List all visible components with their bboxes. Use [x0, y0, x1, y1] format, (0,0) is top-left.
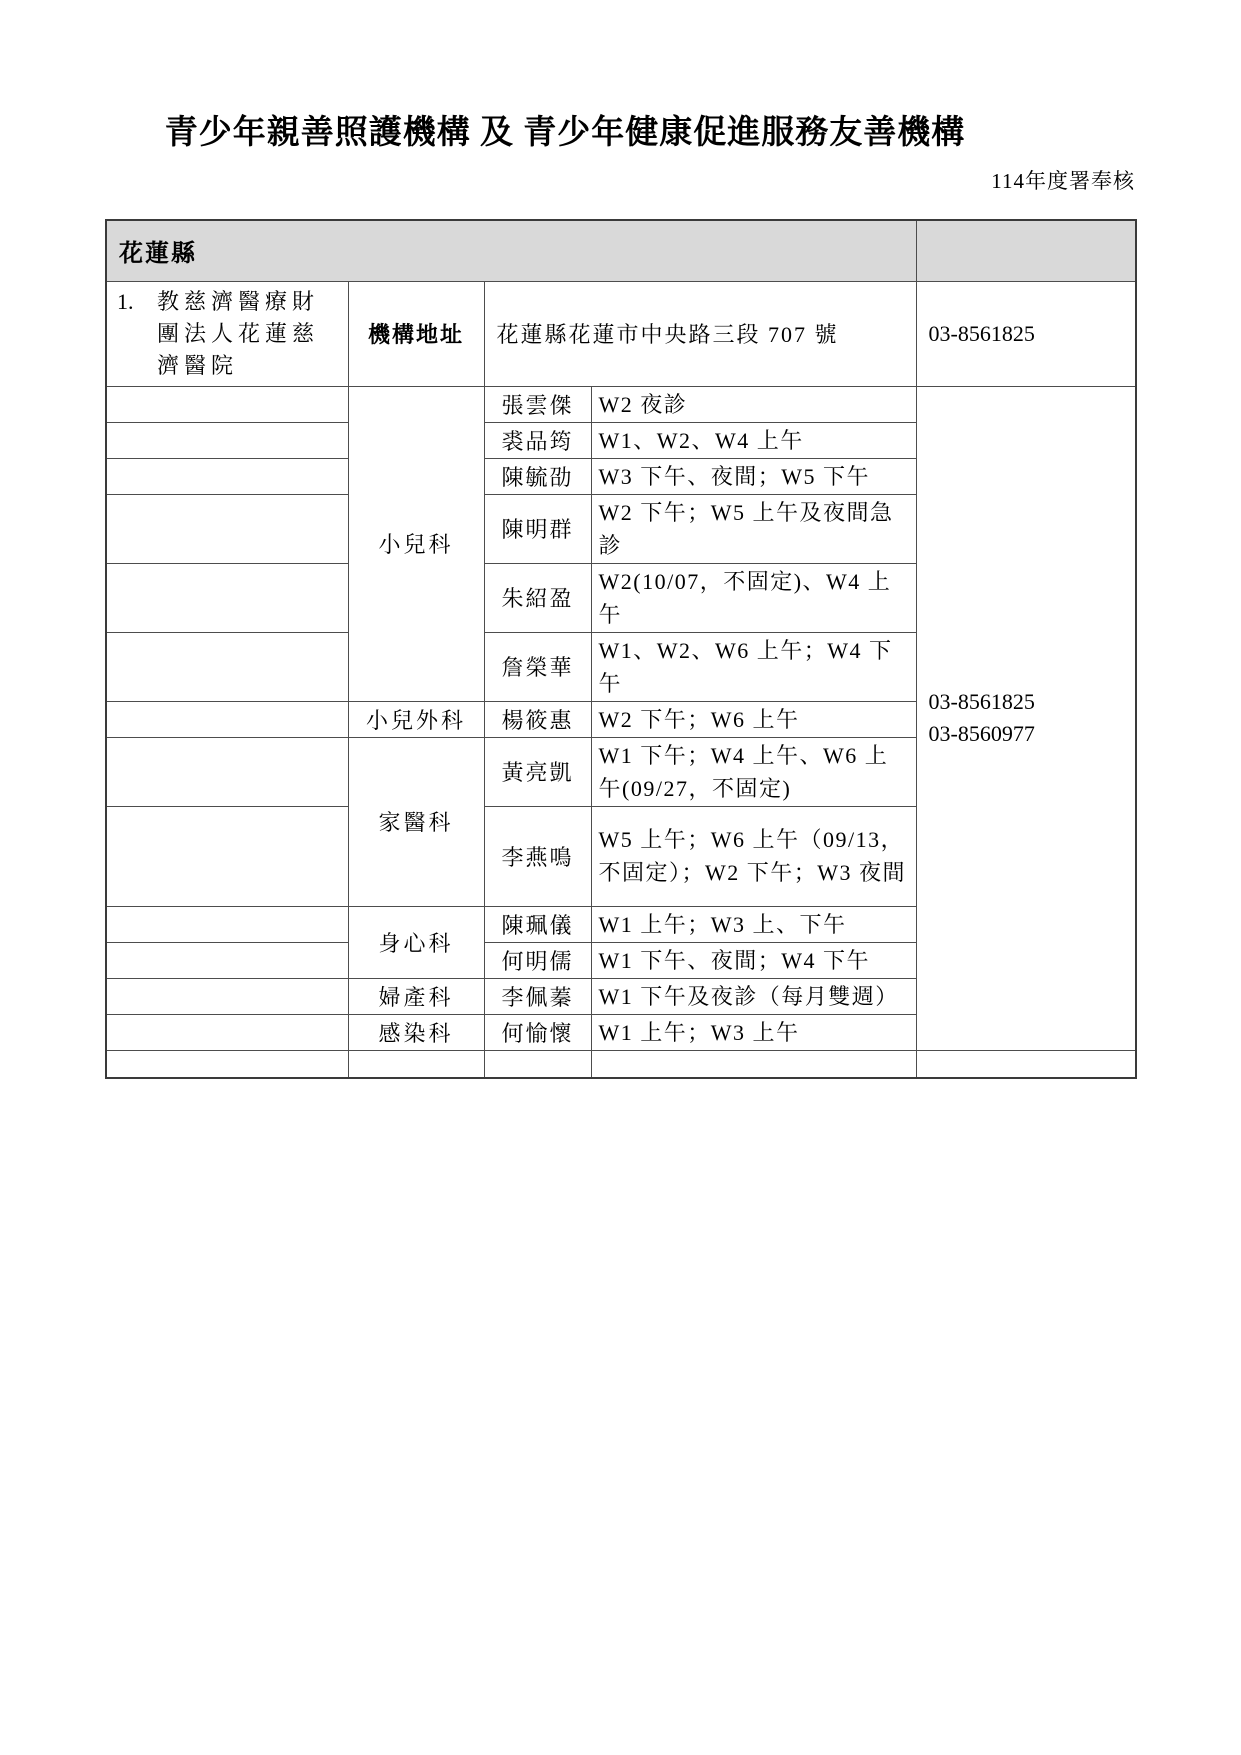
empty-cell [106, 737, 348, 806]
empty-cell [106, 494, 348, 563]
institution-index: 1. [117, 286, 157, 318]
clinic-phone-2: 03-8560977 [929, 718, 1136, 750]
address-label-cell: 機構地址 [348, 281, 484, 386]
doctor-name: 陳毓劭 [484, 458, 591, 494]
address-cell: 花蓮縣花蓮市中央路三段 707 號 [484, 281, 916, 386]
doctor-schedule: W1 上午；W3 上午 [591, 1014, 916, 1050]
doctor-schedule: W5 上午；W6 上午（09/13，不固定）；W2 下午；W3 夜間 [591, 806, 916, 906]
institution-table: 花蓮縣 1. 教慈濟醫療財團法人花蓮慈濟醫院 機構地址 花蓮縣花蓮市中央路三段 … [105, 219, 1137, 1079]
institution-name: 教慈濟醫療財團法人花蓮慈濟醫院 [157, 286, 333, 382]
table-row: 小兒科 張雲傑 W2 夜診 03-8561825 03-8560977 [106, 386, 1136, 422]
empty-cell [106, 978, 348, 1014]
county-header-cell: 花蓮縣 [106, 220, 916, 281]
empty-cell [106, 701, 348, 737]
doctor-name: 李佩蓁 [484, 978, 591, 1014]
empty-cell [106, 806, 348, 906]
empty-cell [484, 1050, 591, 1078]
doctor-schedule: W1 下午；W4 上午、W6 上午(09/27，不固定) [591, 737, 916, 806]
document-page: 青少年親善照護機構 及 青少年健康促進服務友善機構 114年度署奉核 花蓮縣 1… [105, 106, 1135, 1079]
clinic-phone-1: 03-8561825 [929, 686, 1136, 718]
institution-name-cell: 1. 教慈濟醫療財團法人花蓮慈濟醫院 [106, 281, 348, 386]
doctor-schedule: W1、W2、W6 上午；W4 下午 [591, 632, 916, 701]
empty-cell [106, 563, 348, 632]
table-row [106, 1050, 1136, 1078]
doctor-name: 詹榮華 [484, 632, 591, 701]
doctor-schedule: W1 下午及夜診（每月雙週） [591, 978, 916, 1014]
doctor-schedule: W3 下午、夜間；W5 下午 [591, 458, 916, 494]
doctor-schedule: W1 下午、夜間；W4 下午 [591, 942, 916, 978]
doctor-name: 朱紹盈 [484, 563, 591, 632]
department-pediatrics: 小兒科 [348, 386, 484, 701]
county-header-empty-cell [916, 220, 1136, 281]
department-family-medicine: 家醫科 [348, 737, 484, 906]
doctor-name: 陳明群 [484, 494, 591, 563]
doctor-schedule: W2 下午；W6 上午 [591, 701, 916, 737]
table-row: 花蓮縣 [106, 220, 1136, 281]
doctor-name: 何愉懷 [484, 1014, 591, 1050]
empty-cell [106, 1050, 348, 1078]
empty-cell [106, 422, 348, 458]
doctor-schedule: W1 上午；W3 上、下午 [591, 906, 916, 942]
department-obgyn: 婦產科 [348, 978, 484, 1014]
empty-cell [106, 942, 348, 978]
empty-cell [106, 1014, 348, 1050]
doctor-name: 陳珮儀 [484, 906, 591, 942]
doctor-name: 李燕鳴 [484, 806, 591, 906]
department-pediatric-surgery: 小兒外科 [348, 701, 484, 737]
department-psychosomatic: 身心科 [348, 906, 484, 978]
doctor-schedule: W2 夜診 [591, 386, 916, 422]
doctor-name: 黃亮凱 [484, 737, 591, 806]
doctor-name: 何明儒 [484, 942, 591, 978]
clinic-phones-cell: 03-8561825 03-8560977 [916, 386, 1136, 1050]
empty-cell [348, 1050, 484, 1078]
empty-cell [106, 632, 348, 701]
doctor-schedule: W2(10/07，不固定)、W4 上午 [591, 563, 916, 632]
empty-cell [106, 458, 348, 494]
institution-phone-cell: 03-8561825 [916, 281, 1136, 386]
doctor-schedule: W1、W2、W4 上午 [591, 422, 916, 458]
empty-cell [916, 1050, 1136, 1078]
table-row: 1. 教慈濟醫療財團法人花蓮慈濟醫院 機構地址 花蓮縣花蓮市中央路三段 707 … [106, 281, 1136, 386]
doctor-schedule: W2 下午；W5 上午及夜間急診 [591, 494, 916, 563]
doctor-name: 張雲傑 [484, 386, 591, 422]
empty-cell [106, 906, 348, 942]
page-title: 青少年親善照護機構 及 青少年健康促進服務友善機構 [50, 106, 1080, 153]
doctor-name: 裘品筠 [484, 422, 591, 458]
department-infectious: 感染科 [348, 1014, 484, 1050]
doctor-name: 楊筱惠 [484, 701, 591, 737]
approval-note: 114年度署奉核 [105, 165, 1135, 195]
empty-cell [106, 386, 348, 422]
empty-cell [591, 1050, 916, 1078]
